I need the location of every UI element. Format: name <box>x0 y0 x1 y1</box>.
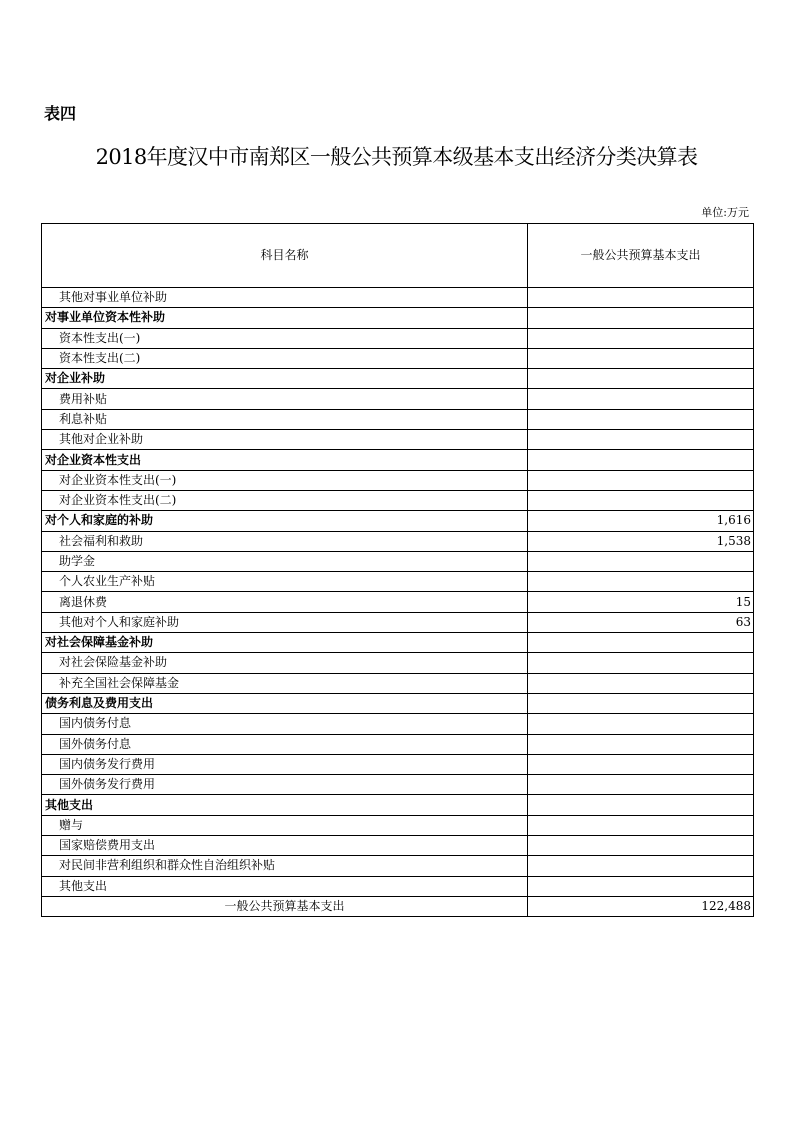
row-amount: 63 <box>528 612 754 632</box>
row-amount <box>528 450 754 470</box>
table-row: 对个人和家庭的补助1,616 <box>42 511 754 531</box>
row-name: 对企业资本性支出(二) <box>42 490 528 510</box>
row-name: 个人农业生产补贴 <box>42 572 528 592</box>
table-row: 补充全国社会保障基金 <box>42 673 754 693</box>
row-amount <box>528 693 754 713</box>
row-amount <box>528 348 754 368</box>
table-row: 其他对事业单位补助 <box>42 288 754 308</box>
table-row: 对企业资本性支出(二) <box>42 490 754 510</box>
table-row: 其他支出 <box>42 876 754 896</box>
table-row: 对社会保险基金补助 <box>42 653 754 673</box>
table-row: 费用补贴 <box>42 389 754 409</box>
row-amount <box>528 795 754 815</box>
table-row: 离退休费15 <box>42 592 754 612</box>
row-amount <box>528 876 754 896</box>
row-amount <box>528 470 754 490</box>
table-row: 国家赔偿费用支出 <box>42 836 754 856</box>
row-name: 对企业资本性支出 <box>42 450 528 470</box>
table-row: 对企业资本性支出 <box>42 450 754 470</box>
expenditure-table: 科目名称 一般公共预算基本支出 其他对事业单位补助 对事业单位资本性补助 资本性… <box>41 223 754 917</box>
row-name: 国家赔偿费用支出 <box>42 836 528 856</box>
row-amount <box>528 490 754 510</box>
table-row: 其他支出 <box>42 795 754 815</box>
row-amount <box>528 836 754 856</box>
table-row: 债务利息及费用支出 <box>42 693 754 713</box>
column-header-amount: 一般公共预算基本支出 <box>528 224 754 288</box>
table-row: 国外债务发行费用 <box>42 775 754 795</box>
row-amount: 15 <box>528 592 754 612</box>
table-row: 对民间非营利组织和群众性自治组织补贴 <box>42 856 754 876</box>
row-name: 国内债务付息 <box>42 714 528 734</box>
table-header-row: 科目名称 一般公共预算基本支出 <box>42 224 754 288</box>
table-row: 对社会保障基金补助 <box>42 633 754 653</box>
row-name: 利息补贴 <box>42 409 528 429</box>
total-row: 一般公共预算基本支出122,488 <box>42 896 754 916</box>
table-row: 个人农业生产补贴 <box>42 572 754 592</box>
row-amount <box>528 328 754 348</box>
row-amount <box>528 815 754 835</box>
table-row: 其他对个人和家庭补助63 <box>42 612 754 632</box>
row-name: 其他对事业单位补助 <box>42 288 528 308</box>
row-amount <box>528 856 754 876</box>
row-amount <box>528 653 754 673</box>
table-row: 资本性支出(二) <box>42 348 754 368</box>
row-name: 其他支出 <box>42 876 528 896</box>
row-name: 国内债务发行费用 <box>42 754 528 774</box>
table-row: 对企业资本性支出(一) <box>42 470 754 490</box>
row-name: 资本性支出(一) <box>42 328 528 348</box>
row-name: 对企业资本性支出(一) <box>42 470 528 490</box>
row-amount <box>528 369 754 389</box>
document-title: 2018年度汉中市南郑区一般公共预算本级基本支出经济分类决算表 <box>0 141 793 171</box>
table-row: 对企业补助 <box>42 369 754 389</box>
row-name: 国外债务发行费用 <box>42 775 528 795</box>
table-row: 利息补贴 <box>42 409 754 429</box>
row-name: 对企业补助 <box>42 369 528 389</box>
row-name: 离退休费 <box>42 592 528 612</box>
table-row: 国内债务付息 <box>42 714 754 734</box>
column-header-name: 科目名称 <box>42 224 528 288</box>
row-name: 赠与 <box>42 815 528 835</box>
row-name: 对事业单位资本性补助 <box>42 308 528 328</box>
table-row: 助学金 <box>42 551 754 571</box>
total-label: 一般公共预算基本支出 <box>42 896 528 916</box>
row-amount <box>528 551 754 571</box>
table-row: 其他对企业补助 <box>42 430 754 450</box>
row-name: 其他对企业补助 <box>42 430 528 450</box>
row-name: 社会福利和救助 <box>42 531 528 551</box>
row-name: 对民间非营利组织和群众性自治组织补贴 <box>42 856 528 876</box>
row-amount <box>528 308 754 328</box>
row-amount <box>528 754 754 774</box>
row-amount <box>528 673 754 693</box>
row-amount <box>528 633 754 653</box>
row-name: 费用补贴 <box>42 389 528 409</box>
row-name: 其他对个人和家庭补助 <box>42 612 528 632</box>
row-name: 国外债务付息 <box>42 734 528 754</box>
row-amount <box>528 572 754 592</box>
row-amount: 1,538 <box>528 531 754 551</box>
row-name: 其他支出 <box>42 795 528 815</box>
table-row: 国内债务发行费用 <box>42 754 754 774</box>
row-name: 对社会保险基金补助 <box>42 653 528 673</box>
row-amount <box>528 714 754 734</box>
table-body: 其他对事业单位补助 对事业单位资本性补助 资本性支出(一) 资本性支出(二) 对… <box>42 288 754 917</box>
row-amount <box>528 389 754 409</box>
row-amount <box>528 430 754 450</box>
row-name: 对个人和家庭的补助 <box>42 511 528 531</box>
unit-label: 单位:万元 <box>701 204 749 220</box>
row-amount <box>528 409 754 429</box>
table-row: 对事业单位资本性补助 <box>42 308 754 328</box>
table-row: 国外债务付息 <box>42 734 754 754</box>
row-amount <box>528 775 754 795</box>
row-name: 对社会保障基金补助 <box>42 633 528 653</box>
table-row: 社会福利和救助1,538 <box>42 531 754 551</box>
total-amount: 122,488 <box>528 896 754 916</box>
row-name: 助学金 <box>42 551 528 571</box>
row-name: 补充全国社会保障基金 <box>42 673 528 693</box>
row-amount <box>528 288 754 308</box>
row-amount <box>528 734 754 754</box>
table-row: 资本性支出(一) <box>42 328 754 348</box>
row-name: 资本性支出(二) <box>42 348 528 368</box>
table-row: 赠与 <box>42 815 754 835</box>
table-number-label: 表四 <box>44 101 76 124</box>
row-name: 债务利息及费用支出 <box>42 693 528 713</box>
row-amount: 1,616 <box>528 511 754 531</box>
